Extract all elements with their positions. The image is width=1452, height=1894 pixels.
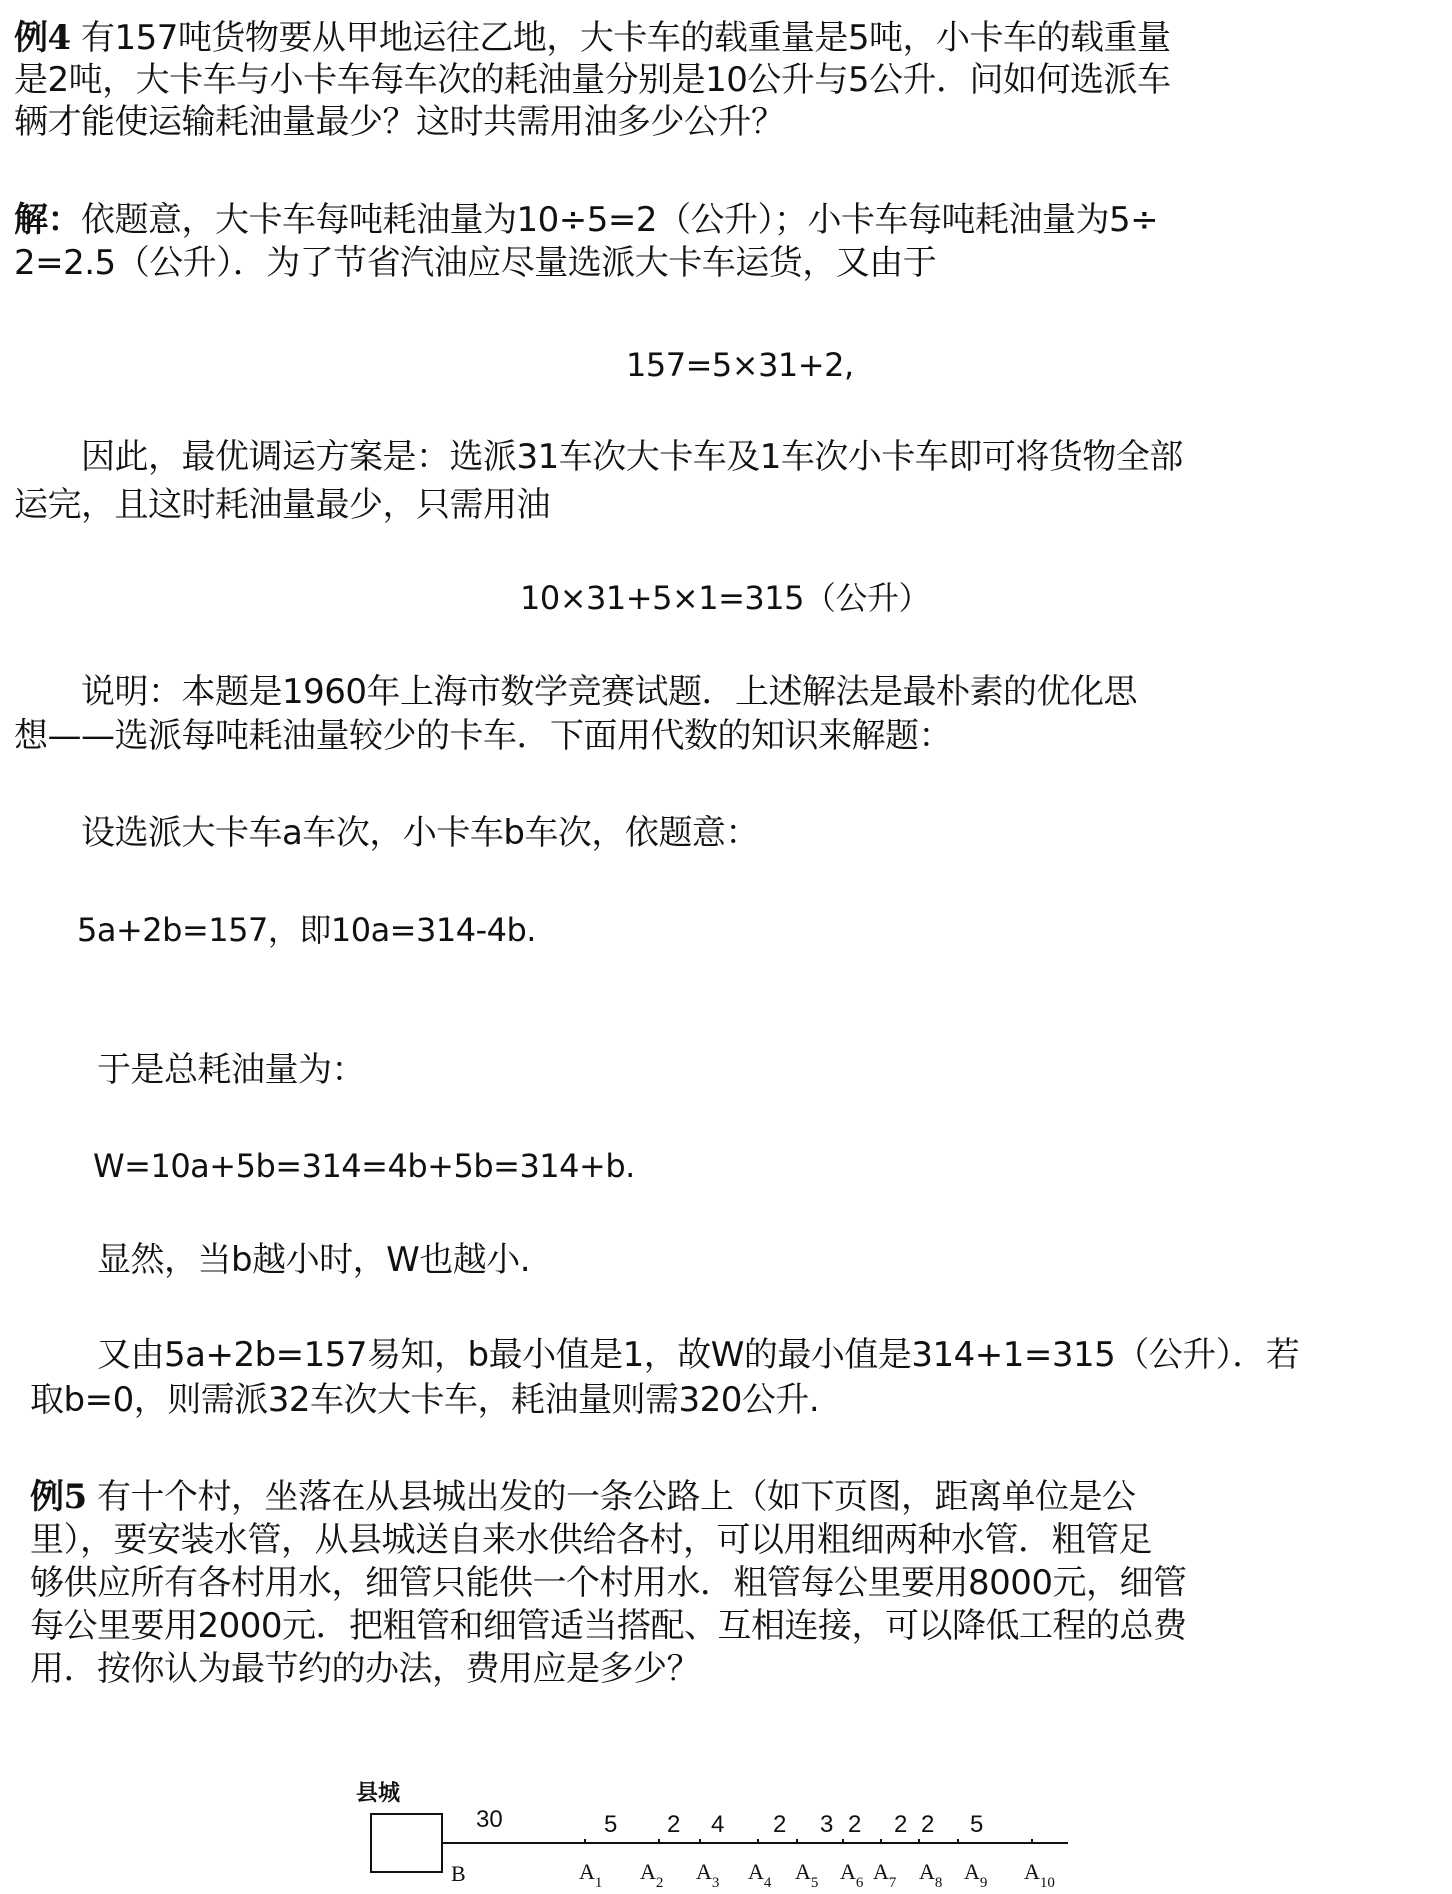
distance-a3-a4: 4: [711, 1812, 724, 1838]
county-label: 县城: [356, 1782, 400, 1806]
road-diagram: 县城 B 30 5 2 4 2 3 2 2 2 5 A1 A2 A3 A4 A5…: [0, 0, 1452, 1894]
village-a10: A10: [1024, 1860, 1055, 1894]
distance-a9-a10: 5: [970, 1812, 983, 1838]
village-a6: A6: [840, 1860, 863, 1894]
village-a1: A1: [579, 1860, 602, 1894]
distance-a2-a3: 2: [667, 1812, 680, 1838]
distance-a8-a9: 2: [921, 1812, 934, 1838]
village-a3: A3: [696, 1860, 719, 1894]
distance-b-a1: 30: [476, 1807, 503, 1833]
distance-a1-a2: 5: [604, 1812, 617, 1838]
village-a2: A2: [640, 1860, 663, 1894]
village-a7: A7: [873, 1860, 896, 1894]
distance-a4-a5: 2: [773, 1812, 786, 1838]
village-a9: A9: [964, 1860, 987, 1894]
point-b-label: B: [451, 1862, 466, 1886]
distance-a7-a8: 2: [894, 1812, 907, 1838]
village-a8: A8: [919, 1860, 942, 1894]
village-a4: A4: [748, 1860, 771, 1894]
distance-a6-a7: 2: [848, 1812, 861, 1838]
distance-a5-a6: 3: [820, 1812, 833, 1838]
road-diagram-lines: [0, 0, 1452, 1894]
county-box: [371, 1814, 442, 1872]
village-markers: [584, 1839, 1033, 1842]
village-a5: A5: [795, 1860, 818, 1894]
